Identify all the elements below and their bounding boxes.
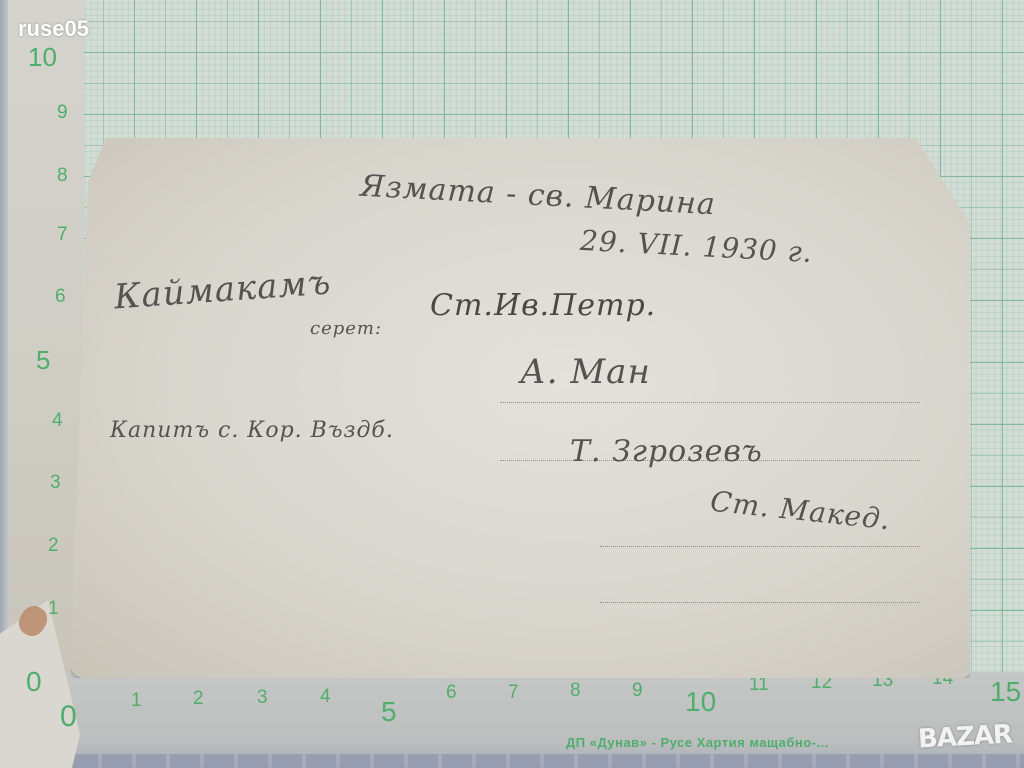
scale-number: 7	[57, 224, 68, 246]
scale-number: 2	[193, 688, 204, 710]
dotted-rule	[600, 602, 920, 603]
scale-number: 2	[48, 535, 59, 557]
scale-number: 5	[381, 696, 397, 728]
handwritten-date: 29. VII. 1930 г.	[579, 224, 813, 269]
postcard-back: Язмата - св. Марина 29. VII. 1930 г. Кай…	[70, 138, 970, 678]
scale-number: 0	[60, 700, 77, 734]
paper-imprint: ДП «Дунав» - Русе Хартия мащабно-...	[566, 735, 829, 750]
scale-number: 1	[48, 598, 59, 620]
scale-number: 10	[685, 686, 716, 718]
scale-number: 10	[28, 42, 57, 73]
scale-number: 7	[508, 682, 519, 704]
scale-number: 9	[57, 102, 68, 124]
signature: А. Ман	[520, 352, 651, 392]
scale-number: 3	[257, 687, 268, 709]
bazar-logo: BAZAR	[917, 720, 1012, 755]
handwritten-rank: Капитъ с. Кор. Въздб.	[110, 418, 394, 443]
scale-number: 3	[50, 472, 61, 494]
scale-number: 6	[55, 286, 66, 308]
scale-number: 8	[57, 165, 68, 187]
dotted-rule	[500, 402, 920, 403]
scale-number: 4	[320, 686, 331, 708]
signature: Ст. Макед.	[709, 485, 893, 537]
handwritten-subtitle: серет:	[310, 318, 382, 339]
dotted-rule	[600, 546, 920, 547]
scale-number: 9	[632, 680, 643, 702]
scale-number: 1	[131, 690, 142, 712]
scale-number: 4	[52, 410, 63, 432]
seller-watermark: ruse05	[18, 16, 89, 42]
scale-number: 15	[990, 676, 1021, 708]
scale-number: 0	[26, 666, 42, 698]
handwritten-rank: Каймакамъ	[113, 262, 333, 317]
scale-number: 6	[446, 682, 457, 704]
signature: Т. Згрозевъ	[570, 434, 763, 469]
handwritten-place: Язмата - св. Марина	[359, 169, 716, 223]
signature: Ст.Ив.Петр.	[430, 288, 656, 323]
scale-number: 8	[570, 680, 581, 702]
scale-number: 5	[36, 345, 50, 376]
